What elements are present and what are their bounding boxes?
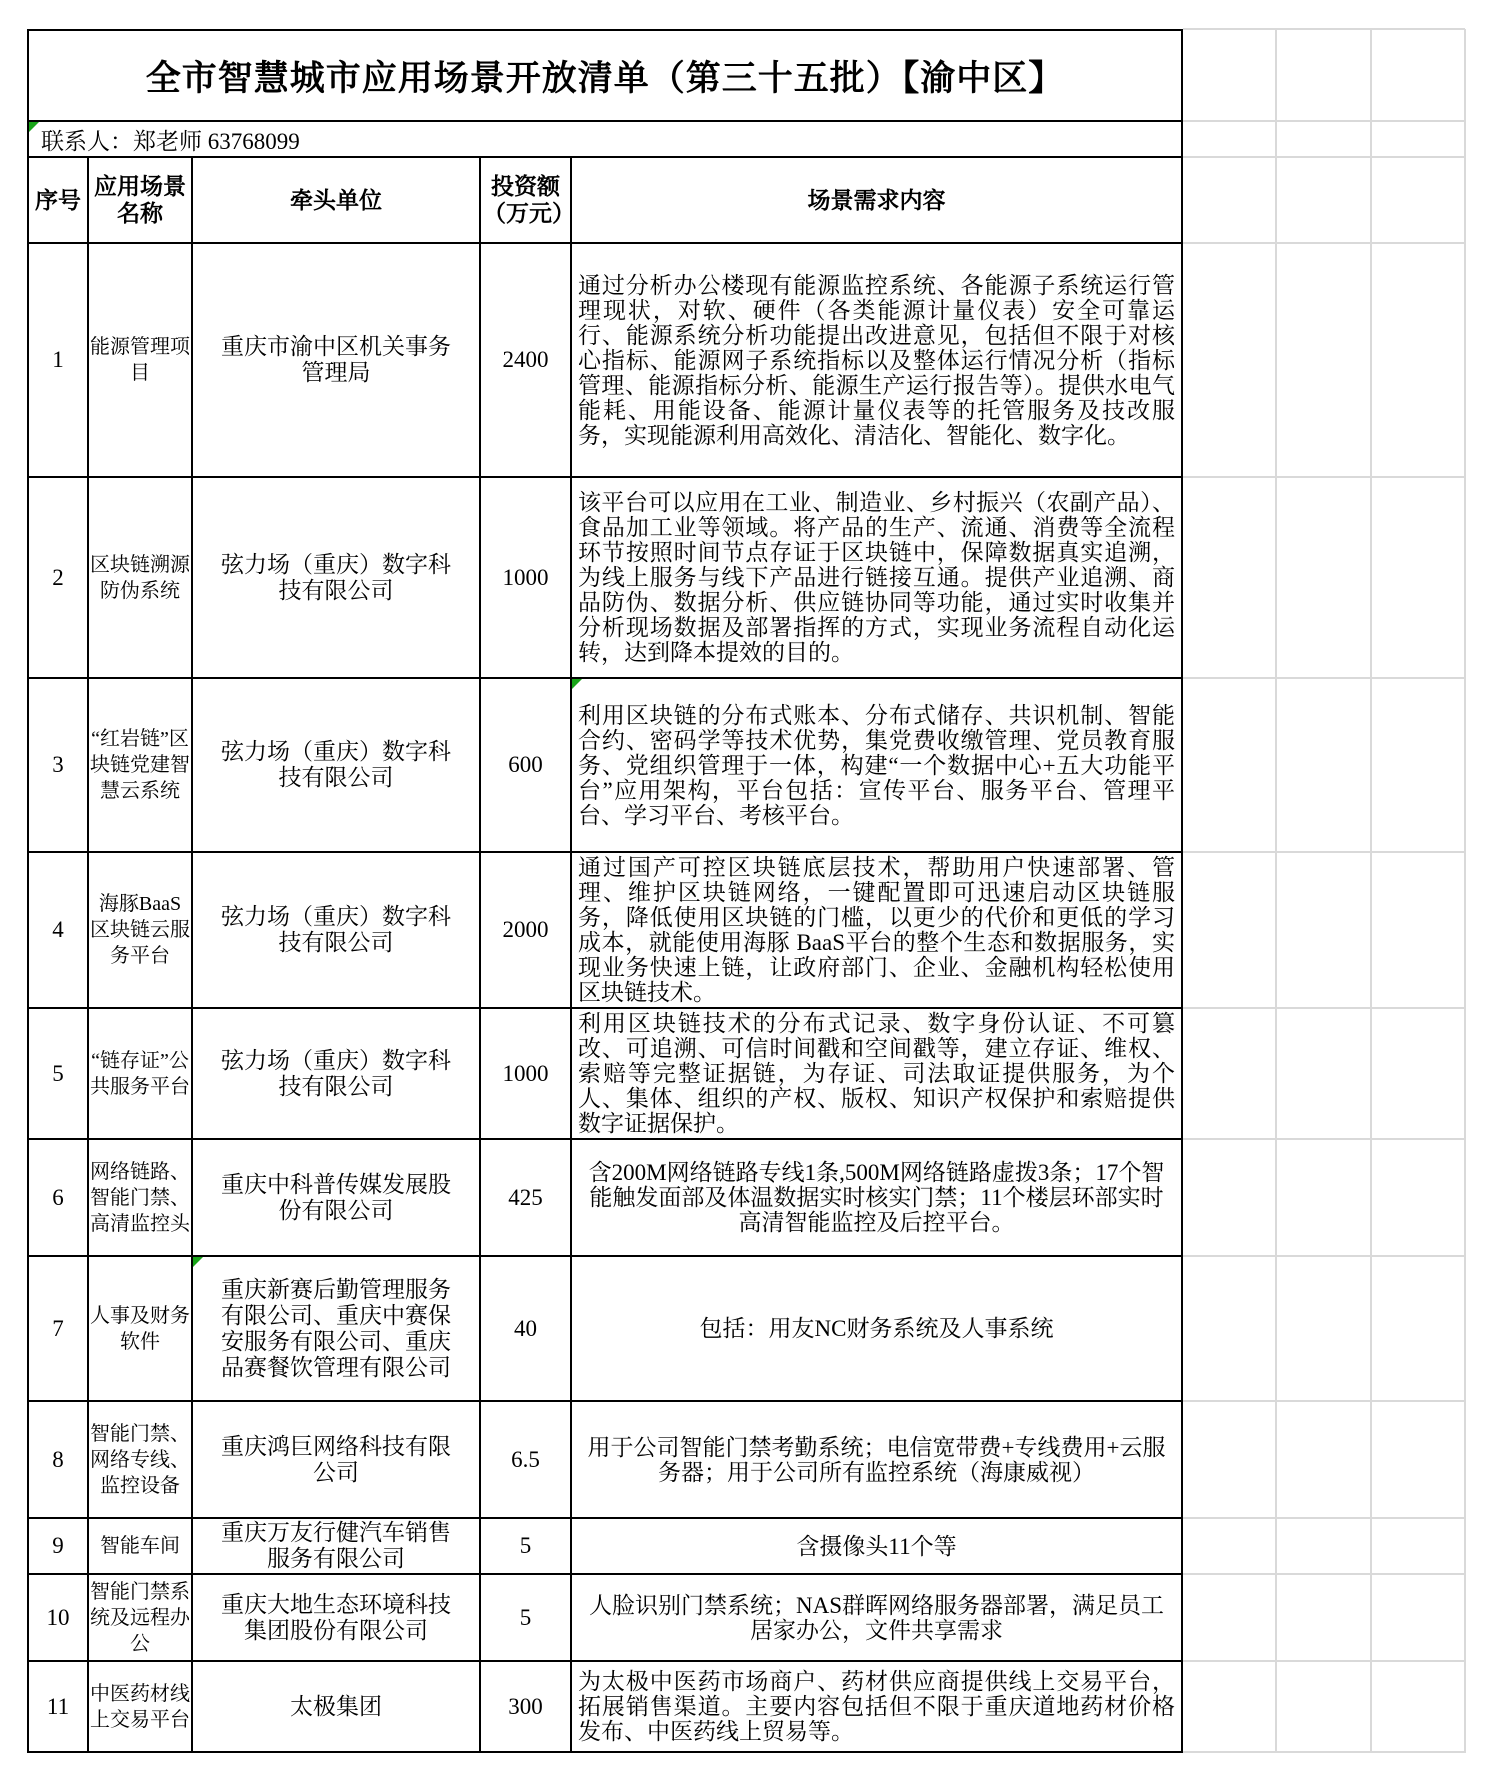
empty-grid-hline [1183,156,1465,158]
cell-no[interactable]: 4 [28,852,88,1008]
table-row: 10 智能门禁系统及远程办公 重庆大地生态环境科技集团股份有限公司 5 人脸识别… [28,1574,1182,1661]
cell-unit[interactable]: 弦力场（重庆）数字科技有限公司 [192,1008,480,1139]
cell-content[interactable]: 利用区块链技术的分布式记录、数字身份认证、不可篡改、可追溯、可信时间戳和空间戳等… [571,1008,1182,1139]
table-title-cell[interactable]: 全市智慧城市应用场景开放清单（第三十五批）【渝中区】 [28,30,1182,121]
table-row: 5 “链存证”公共服务平台 弦力场（重庆）数字科技有限公司 1000 利用区块链… [28,1008,1182,1139]
cell-unit[interactable]: 重庆万友行健汽车销售服务有限公司 [192,1518,480,1574]
table-row: 2 区块链溯源防伪系统 弦力场（重庆）数字科技有限公司 1000 该平台可以应用… [28,477,1182,678]
cell-name[interactable]: 区块链溯源防伪系统 [88,477,192,678]
cell-no[interactable]: 2 [28,477,88,678]
cell-unit[interactable]: 重庆鸿巨网络科技有限公司 [192,1401,480,1518]
cell-content[interactable]: 为太极中医药市场商户、药材供应商提供线上交易平台，拓展销售渠道。主要内容包括但不… [571,1661,1182,1752]
empty-grid-hline [1183,1255,1465,1257]
cell-name[interactable]: 智能门禁系统及远程办公 [88,1574,192,1661]
cell-no[interactable]: 9 [28,1518,88,1574]
cell-name[interactable]: 智能车间 [88,1518,192,1574]
column-header-requirement[interactable]: 场景需求内容 [571,157,1182,243]
page-title: 全市智慧城市应用场景开放清单（第三十五批）【渝中区】 [146,59,1065,98]
cell-unit[interactable]: 弦力场（重庆）数字科技有限公司 [192,477,480,678]
table-row: 3 “红岩链”区块链党建智慧云系统 弦力场（重庆）数字科技有限公司 600 利用… [28,678,1182,852]
spreadsheet-page: 全市智慧城市应用场景开放清单（第三十五批）【渝中区】 联系人：郑老师 63768… [0,0,1496,1776]
table-row: 4 海豚BaaS区块链云服务平台 弦力场（重庆）数字科技有限公司 2000 通过… [28,852,1182,1008]
cell-investment[interactable]: 40 [480,1256,571,1401]
cell-name[interactable]: 智能门禁、网络专线、监控设备 [88,1401,192,1518]
column-header-no[interactable]: 序号 [28,157,88,243]
empty-grid-hline [1183,1517,1465,1519]
cell-no[interactable]: 7 [28,1256,88,1401]
empty-grid-vline [1275,29,1277,1753]
contact-text: 联系人：郑老师 63768099 [41,129,300,154]
column-header-investment[interactable]: 投资额（万元） [480,157,571,243]
cell-unit[interactable]: 重庆中科普传媒发展股份有限公司 [192,1139,480,1256]
table-row: 7 人事及财务软件 重庆新赛后勤管理服务有限公司、重庆中赛保安服务有限公司、重庆… [28,1256,1182,1401]
contact-cell[interactable]: 联系人：郑老师 63768099 [28,121,1182,157]
empty-grid-hline [1183,1138,1465,1140]
column-header-scene-name[interactable]: 应用场景名称 [88,157,192,243]
empty-grid-hline [1183,677,1465,679]
cell-unit[interactable]: 重庆大地生态环境科技集团股份有限公司 [192,1574,480,1661]
table-row: 8 智能门禁、网络专线、监控设备 重庆鸿巨网络科技有限公司 6.5 用于公司智能… [28,1401,1182,1518]
cell-content[interactable]: 用于公司智能门禁考勤系统；电信宽带费+专线费用+云服务器；用于公司所有监控系统（… [571,1401,1182,1518]
empty-grid-vline [1464,29,1466,1753]
cell-investment[interactable]: 425 [480,1139,571,1256]
contact-row: 联系人：郑老师 63768099 [28,121,1182,157]
cell-investment[interactable]: 300 [480,1661,571,1752]
cell-no[interactable]: 6 [28,1139,88,1256]
cell-no[interactable]: 3 [28,678,88,852]
cell-unit[interactable]: 太极集团 [192,1661,480,1752]
cell-content[interactable]: 该平台可以应用在工业、制造业、乡村振兴（农副产品）、食品加工业等领域。将产品的生… [571,477,1182,678]
cell-unit[interactable]: 弦力场（重庆）数字科技有限公司 [192,678,480,852]
empty-grid-hline [1183,476,1465,478]
column-header-lead-unit[interactable]: 牵头单位 [192,157,480,243]
cell-no[interactable]: 8 [28,1401,88,1518]
cell-unit[interactable]: 弦力场（重庆）数字科技有限公司 [192,852,480,1008]
table-row: 11 中医药材线上交易平台 太极集团 300 为太极中医药市场商户、药材供应商提… [28,1661,1182,1752]
table-row: 9 智能车间 重庆万友行健汽车销售服务有限公司 5 含摄像头11个等 [28,1518,1182,1574]
empty-grid-hline [1183,1751,1465,1753]
cell-unit[interactable]: 重庆市渝中区机关事务管理局 [192,243,480,477]
cell-content[interactable]: 通过国产可控区块链底层技术，帮助用户快速部署、管理、维护区块链网络，一键配置即可… [571,852,1182,1008]
rows-body: 全市智慧城市应用场景开放清单（第三十五批）【渝中区】 联系人：郑老师 63768… [28,30,1182,1752]
cell-unit[interactable]: 重庆新赛后勤管理服务有限公司、重庆中赛保安服务有限公司、重庆品赛餐饮管理有限公司 [192,1256,480,1401]
cell-investment[interactable]: 1000 [480,477,571,678]
cell-investment[interactable]: 2000 [480,852,571,1008]
table-row: 6 网络链路、智能门禁、高清监控头 重庆中科普传媒发展股份有限公司 425 含2… [28,1139,1182,1256]
cell-name[interactable]: “红岩链”区块链党建智慧云系统 [88,678,192,852]
empty-grid-hline [1183,1007,1465,1009]
cell-investment[interactable]: 1000 [480,1008,571,1139]
cell-no[interactable]: 5 [28,1008,88,1139]
cell-investment[interactable]: 600 [480,678,571,852]
header-row: 序号 应用场景名称 牵头单位 投资额（万元） 场景需求内容 [28,157,1182,243]
empty-grid-vline [1370,29,1372,1753]
cell-no[interactable]: 10 [28,1574,88,1661]
cell-name[interactable]: “链存证”公共服务平台 [88,1008,192,1139]
cell-name[interactable]: 中医药材线上交易平台 [88,1661,192,1752]
empty-grid-hline [1183,1660,1465,1662]
cell-investment[interactable]: 5 [480,1518,571,1574]
title-row: 全市智慧城市应用场景开放清单（第三十五批）【渝中区】 [28,30,1182,121]
empty-grid-hline [1183,1400,1465,1402]
cell-name[interactable]: 网络链路、智能门禁、高清监控头 [88,1139,192,1256]
empty-grid-hline [1183,120,1465,122]
cell-no[interactable]: 1 [28,243,88,477]
cell-investment[interactable]: 5 [480,1574,571,1661]
empty-grid-hline [1183,28,1465,30]
empty-grid-hline [1183,851,1465,853]
table-row: 1 能源管理项目 重庆市渝中区机关事务管理局 2400 通过分析办公楼现有能源监… [28,243,1182,477]
cell-name[interactable]: 能源管理项目 [88,243,192,477]
cell-content[interactable]: 含200M网络链路专线1条,500M网络链路虚拨3条；17个智能触发面部及体温数… [571,1139,1182,1256]
cell-content[interactable]: 通过分析办公楼现有能源监控系统、各能源子系统运行管理现状，对软、硬件（各类能源计… [571,243,1182,477]
empty-grid-hline [1183,1573,1465,1575]
cell-content[interactable]: 包括：用友NC财务系统及人事系统 [571,1256,1182,1401]
cell-content[interactable]: 含摄像头11个等 [571,1518,1182,1574]
cell-no[interactable]: 11 [28,1661,88,1752]
cell-content[interactable]: 利用区块链的分布式账本、分布式储存、共识机制、智能合约、密码学等技术优势，集党费… [571,678,1182,852]
cell-content[interactable]: 人脸识别门禁系统；NAS群晖网络服务器部署，满足员工居家办公，文件共享需求 [571,1574,1182,1661]
cell-investment[interactable]: 2400 [480,243,571,477]
cell-investment[interactable]: 6.5 [480,1401,571,1518]
cell-name[interactable]: 人事及财务软件 [88,1256,192,1401]
empty-grid-hline [1183,242,1465,244]
cell-name[interactable]: 海豚BaaS区块链云服务平台 [88,852,192,1008]
main-table: 全市智慧城市应用场景开放清单（第三十五批）【渝中区】 联系人：郑老师 63768… [27,29,1183,1753]
